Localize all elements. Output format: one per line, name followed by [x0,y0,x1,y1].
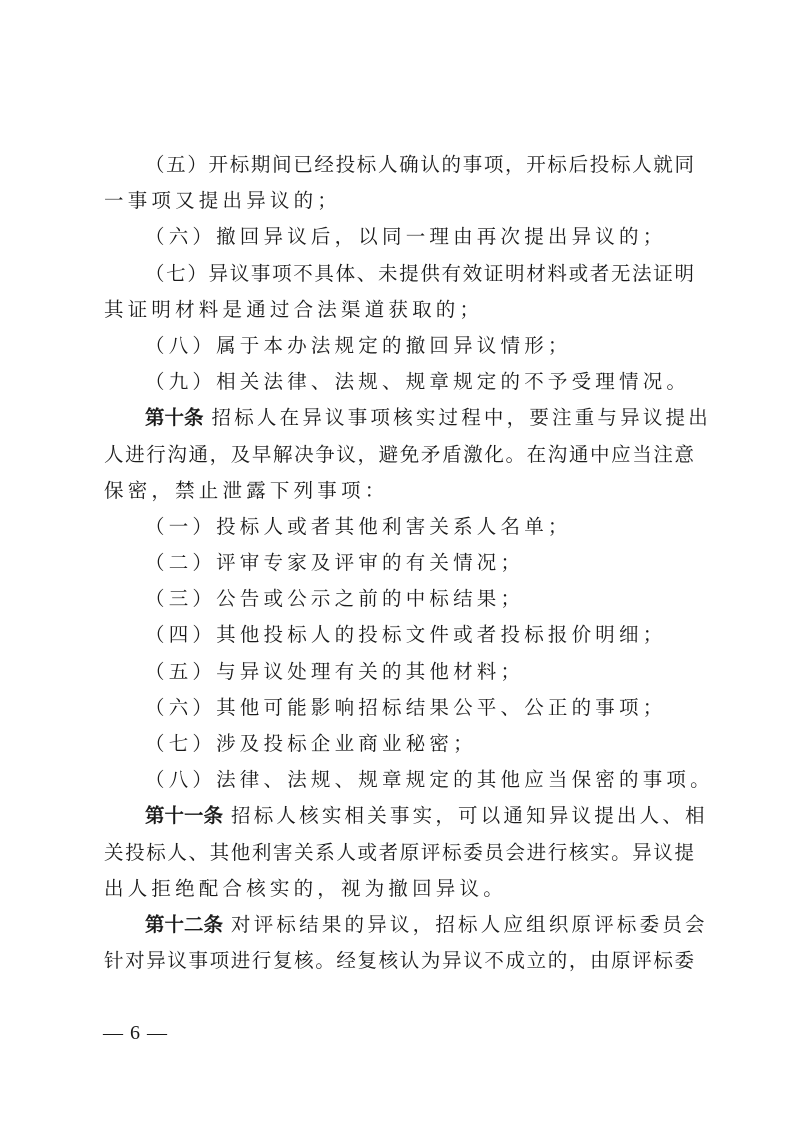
article-12-heading: 第十二条 [145,913,223,936]
clause-5-line-2: 一事项又提出异议的； [104,183,694,219]
article-10-text-1: 招标人在异议事项核实过程中，要注重与异议提出 [212,406,711,429]
document-page: （五）开标期间已经投标人确认的事项，开标后投标人就同 一事项又提出异议的； （六… [104,147,694,979]
article-11-line-2: 关投标人、其他利害关系人或者原评标委员会进行核实。异议提 [104,835,694,871]
article-10-heading: 第十条 [145,406,204,429]
clause-7-line-2: 其证明材料是通过合法渠道获取的； [104,292,694,328]
clause-5-line-1: （五）开标期间已经投标人确认的事项，开标后投标人就同 [104,147,694,183]
article-10-item-8: （八）法律、法规、规章规定的其他应当保密的事项。 [104,762,694,798]
article-11-line-1: 第十一条招标人核实相关事实，可以通知异议提出人、相 [104,798,694,834]
clause-9: （九）相关法律、法规、规章规定的不予受理情况。 [104,364,694,400]
article-10-line-3: 保密，禁止泄露下列事项： [104,473,694,509]
article-10-line-1: 第十条招标人在异议事项核实过程中，要注重与异议提出 [104,400,694,436]
article-10-item-2: （二）评审专家及评审的有关情况； [104,545,694,581]
article-11-text-1: 招标人核实相关事实，可以通知异议提出人、相 [231,804,708,827]
article-10-item-4: （四）其他投标人的投标文件或者投标报价明细； [104,617,694,653]
article-10-item-5: （五）与异议处理有关的其他材料； [104,654,694,690]
article-10-item-6: （六）其他可能影响招标结果公平、公正的事项； [104,690,694,726]
clause-8: （八）属于本办法规定的撤回异议情形； [104,328,694,364]
article-10-line-2: 人进行沟通，及早解决争议，避免矛盾激化。在沟通中应当注意 [104,437,694,473]
article-11-line-3: 出人拒绝配合核实的，视为撤回异议。 [104,871,694,907]
article-10-item-7: （七）涉及投标企业商业秘密； [104,726,694,762]
article-10-item-3: （三）公告或公示之前的中标结果； [104,581,694,617]
article-10-item-1: （一）投标人或者其他利害关系人名单； [104,509,694,545]
clause-7-line-1: （七）异议事项不具体、未提供有效证明材料或者无法证明 [104,256,694,292]
clause-6: （六）撤回异议后，以同一理由再次提出异议的； [104,219,694,255]
page-number: — 6 — [103,1022,168,1045]
article-12-text-1: 对评标结果的异议，招标人应组织原评标委员会 [231,913,708,936]
article-12-line-2: 针对异议事项进行复核。经复核认为异议不成立的，由原评标委 [104,943,694,979]
article-12-line-1: 第十二条对评标结果的异议，招标人应组织原评标委员会 [104,907,694,943]
article-11-heading: 第十一条 [145,804,223,827]
